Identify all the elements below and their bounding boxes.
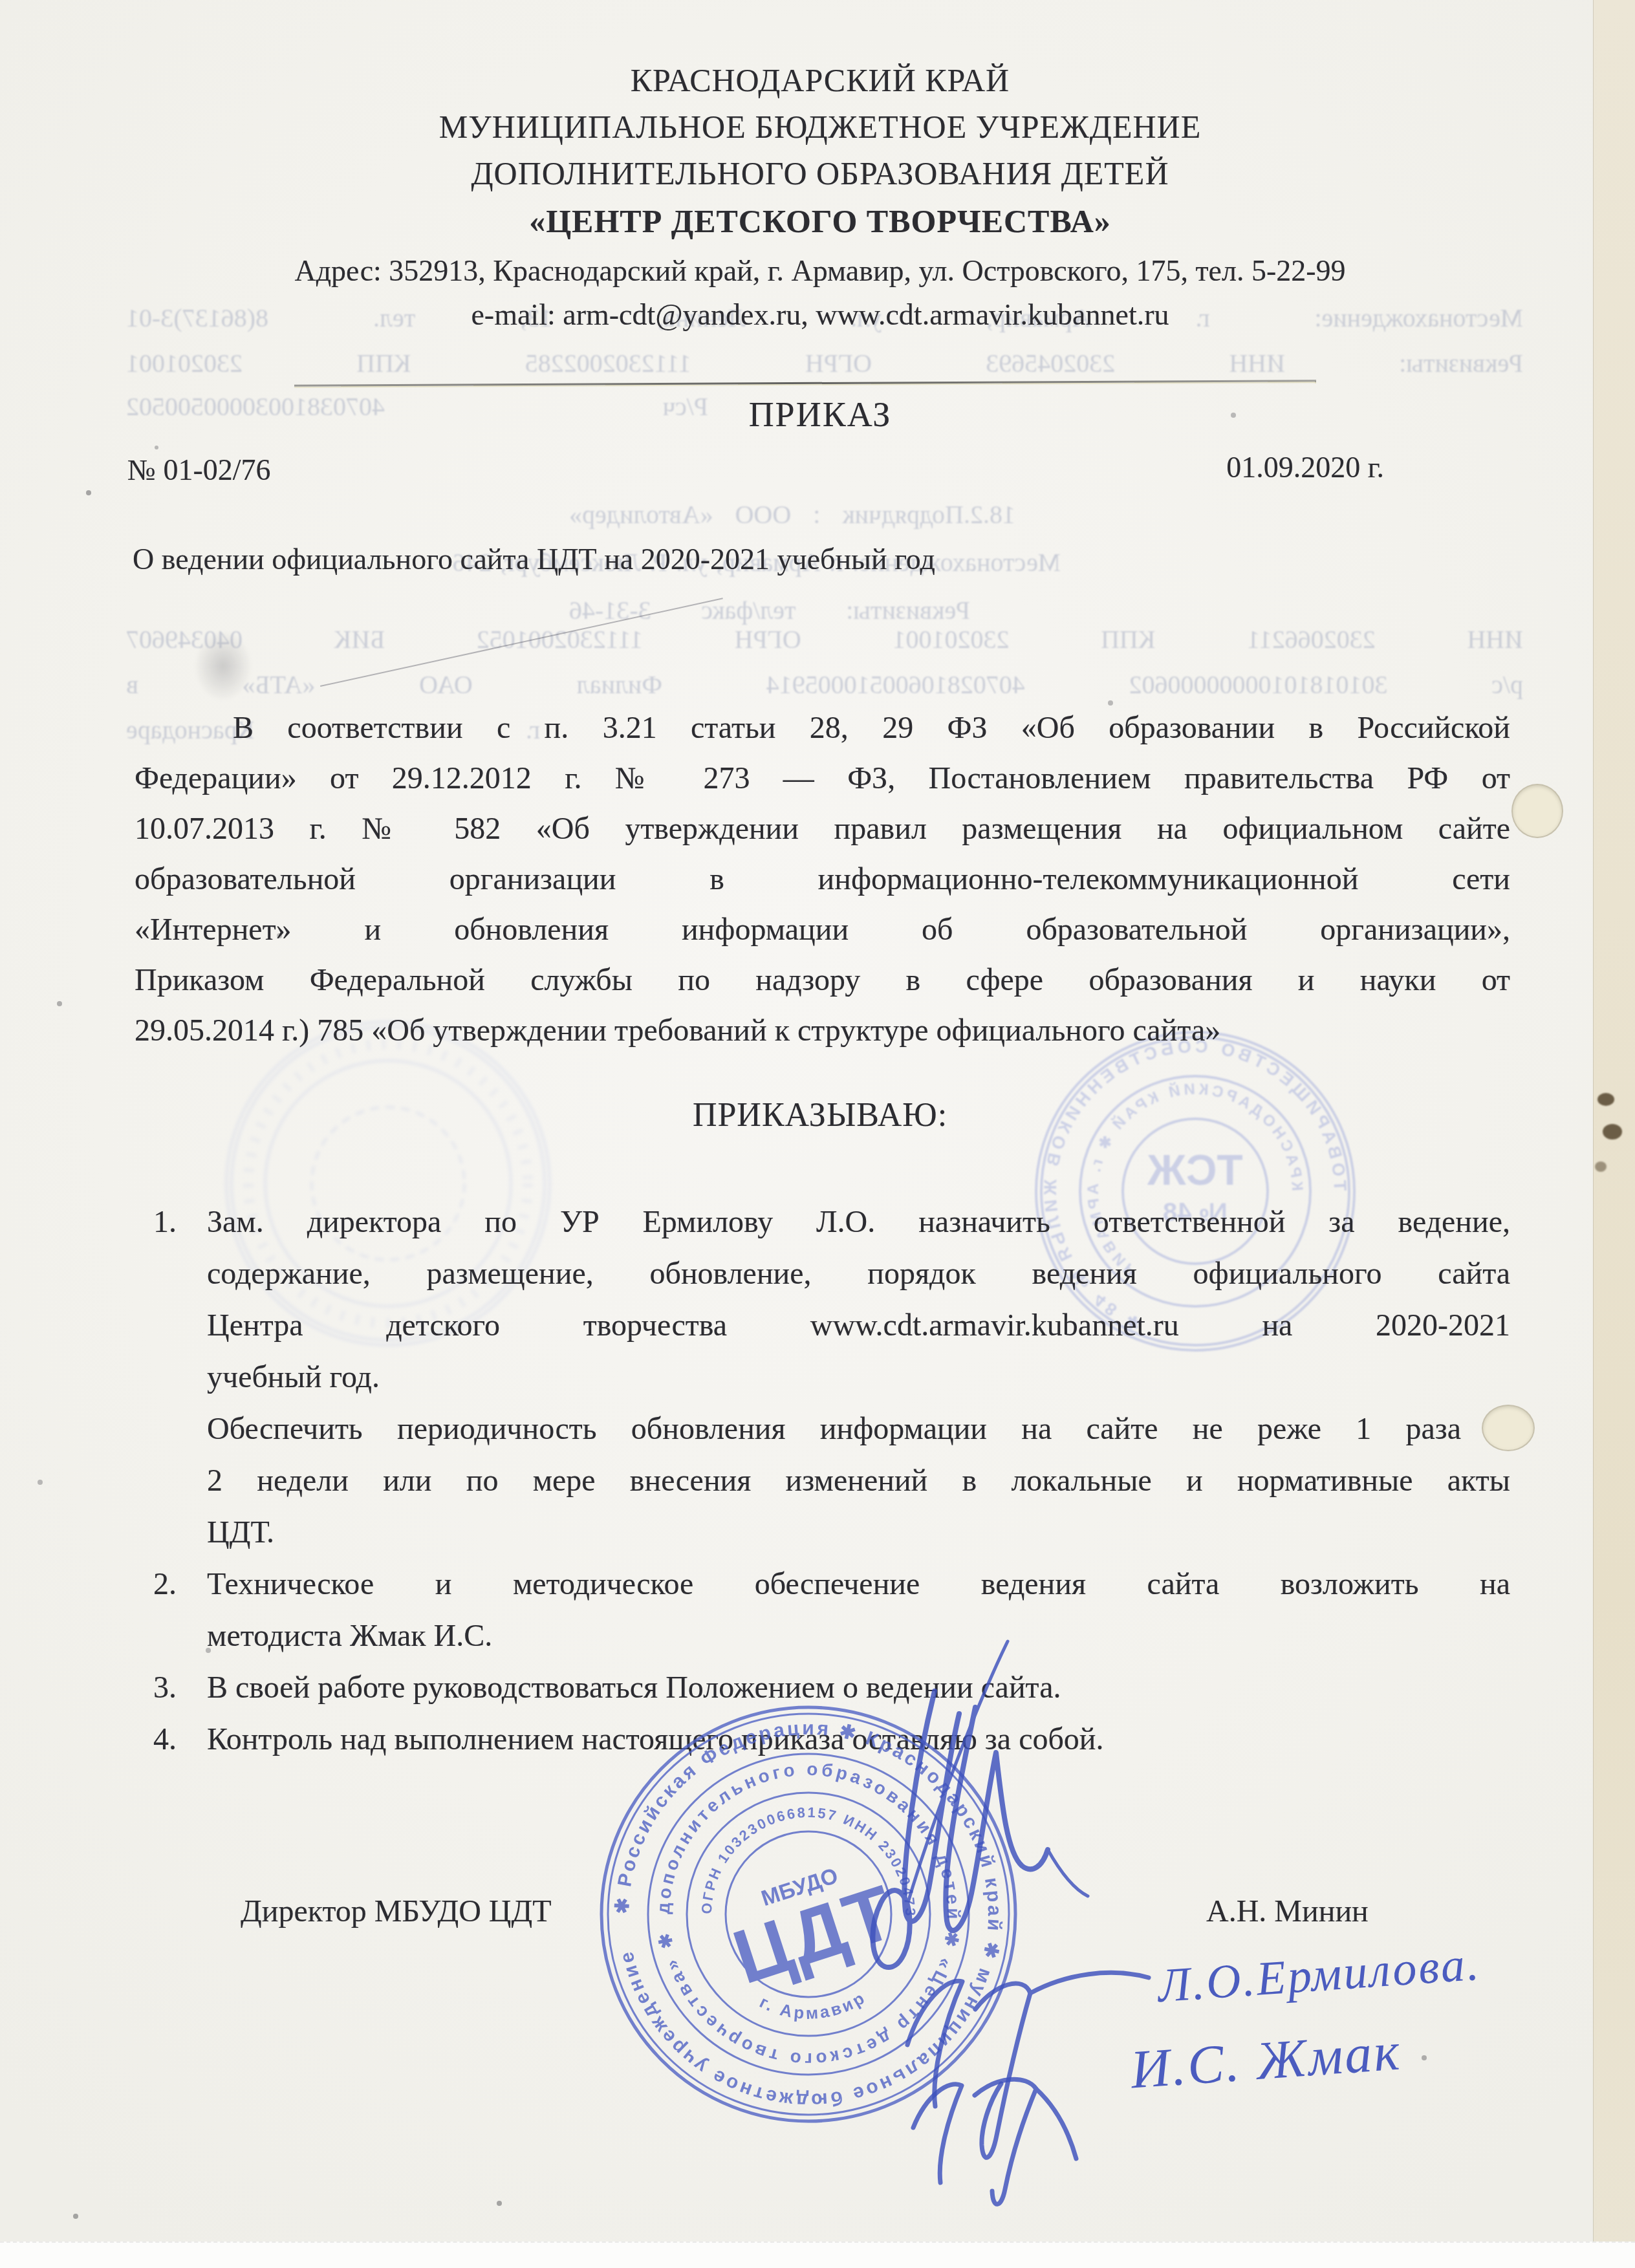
preamble-line: «Интернет» и обновления информации об об… bbox=[135, 912, 1510, 947]
handwritten-name-zhmak: И.С. Жмак bbox=[1129, 2020, 1403, 2102]
scan-bottom-edge bbox=[0, 2241, 1635, 2268]
header-org-type-2: ДОПОЛНИТЕЛЬНОГО ОБРАЗОВАНИЯ ДЕТЕЙ bbox=[91, 155, 1550, 192]
bleedthrough-line: ИНН 2302066211 КПП 230201001 ОГРН 111230… bbox=[126, 624, 1523, 654]
scanner-strip-stain bbox=[1603, 1124, 1622, 1139]
zhmak-signature-flourish bbox=[900, 2050, 1114, 2244]
bleedthrough-line: р/с 30101810100000000602 407028106005100… bbox=[126, 669, 1523, 700]
scan-smudge bbox=[194, 631, 252, 702]
preamble-line: образовательной организации в информацио… bbox=[135, 861, 1510, 897]
item-number-3: 3. bbox=[153, 1670, 177, 1705]
paper-specks bbox=[0, 0, 3, 3]
director-name: А.Н. Минин bbox=[1206, 1894, 1369, 1929]
handwritten-name-ermilova: Л.О.Ермилова. bbox=[1156, 1937, 1482, 2014]
doc-title: ПРИКАЗ bbox=[91, 394, 1550, 435]
preamble-line: В соответствии с п. 3.21 статьи 28, 29 Ф… bbox=[135, 710, 1510, 746]
item1-subline: 2 недели или по мере внесения изменений … bbox=[207, 1463, 1510, 1498]
header-contacts: e-mail: arm-cdt@yandex.ru, www.cdt.armav… bbox=[91, 297, 1550, 332]
doc-date: 01.09.2020 г. bbox=[1161, 450, 1384, 484]
item1-line: учебный год. bbox=[207, 1359, 1510, 1395]
doc-number: № 01-02/76 bbox=[127, 453, 271, 487]
resolution-word: ПРИКАЗЫВАЮ: bbox=[91, 1096, 1550, 1134]
preamble-line: Приказом Федеральной службы по надзору в… bbox=[135, 962, 1510, 998]
punch-hole-top bbox=[1511, 784, 1563, 838]
item1-line: Центра детского творчества www.cdt.armav… bbox=[207, 1308, 1510, 1343]
header-divider-line bbox=[294, 380, 1316, 387]
bleedthrough-stamp-left bbox=[213, 1009, 563, 1358]
preamble-line: 10.07.2013 г. № 582 «Об утверждении прав… bbox=[135, 811, 1510, 847]
item1-line: Зам. директора по УР Ермилову Л.О. назна… bbox=[207, 1204, 1510, 1240]
punch-hole-bottom bbox=[1482, 1405, 1535, 1451]
header-region: КРАСНОДАРСКИЙ КРАЙ bbox=[91, 61, 1550, 99]
item1-subline: ЦДТ. bbox=[207, 1515, 1510, 1550]
scanner-strip-stain bbox=[1597, 1093, 1614, 1106]
bleedthrough-line: 18.2.Подрядчик : ООО «Автолидер» bbox=[569, 499, 1015, 530]
doc-subject: О ведении официального сайта ЦДТ на 2020… bbox=[133, 542, 935, 576]
header-org-type-1: МУНИЦИПАЛЬНОЕ БЮДЖЕТНОЕ УЧРЕЖДЕНИЕ bbox=[91, 108, 1550, 146]
item2-line: Техническое и методическое обеспечение в… bbox=[207, 1566, 1510, 1602]
scanned-order-document: Местонахождение: г. Армавир, ул. Ленина,… bbox=[0, 0, 1635, 2268]
item1-subline: Обеспечить периодичность обновления инфо… bbox=[207, 1411, 1510, 1447]
item-number-1: 1. bbox=[153, 1204, 177, 1240]
scanner-strip-stain bbox=[1595, 1161, 1607, 1172]
bleedthrough-line: Реквизиты: тел/факс 3-31-46 bbox=[569, 595, 970, 625]
item-number-4: 4. bbox=[153, 1722, 177, 1757]
item1-line: содержание, размещение, обновление, поря… bbox=[207, 1256, 1510, 1291]
director-position-title: Директор МБУДО ЦДТ bbox=[241, 1894, 552, 1929]
item-number-2: 2. bbox=[153, 1566, 177, 1602]
preamble-line: Федерации» от 29.12.2012 г. № 273 — ФЗ, … bbox=[135, 761, 1510, 796]
preamble-line: 29.05.2014 г.) 785 «Об утверждении требо… bbox=[135, 1013, 1510, 1048]
header-address: Адрес: 352913, Краснодарский край, г. Ар… bbox=[91, 254, 1550, 288]
ghost-stamp-center: ТСЖ bbox=[1147, 1146, 1243, 1194]
bleedthrough-line: Реквизиты: ИНН 2302045693 ОГРН 111230200… bbox=[126, 348, 1523, 378]
header-org-name: «ЦЕНТР ДЕТСКОГО ТВОРЧЕСТВА» bbox=[91, 202, 1550, 240]
